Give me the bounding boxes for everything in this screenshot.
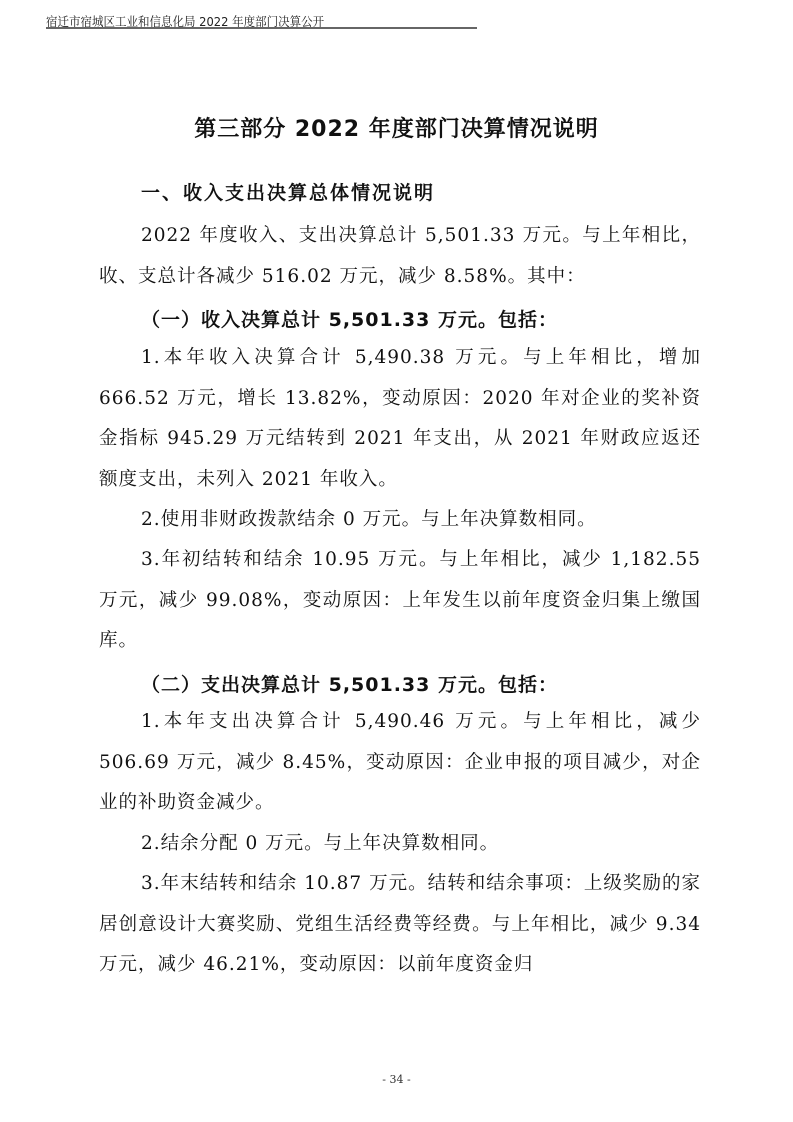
expense-item-3: 3.年末结转和结余 10.87 万元。结转和结余事项：上级奖励的家居创意设计大赛… — [99, 864, 701, 986]
income-item-1: 1.本年收入决算合计 5,490.38 万元。与上年相比，增加 666.52 万… — [99, 338, 701, 500]
page-number: - 34 - — [0, 1073, 793, 1086]
income-item-3: 3.年初结转和结余 10.95 万元。与上年相比，减少 1,182.55 万元，… — [99, 540, 701, 662]
income-subheading: （一）收入决算总计 5,501.33 万元。包括： — [141, 305, 558, 332]
expense-item-1: 1.本年支出决算合计 5,490.46 万元。与上年相比，减少 506.69 万… — [99, 702, 701, 824]
page-title: 第三部分 2022 年度部门决算情况说明 — [0, 112, 793, 143]
intro-paragraph: 2022 年度收入、支出决算总计 5,501.33 万元。与上年相比，收、支总计… — [99, 216, 701, 297]
header-divider — [46, 27, 477, 29]
expense-item-2: 2.结余分配 0 万元。与上年决算数相同。 — [99, 824, 701, 865]
expense-subheading: （二）支出决算总计 5,501.33 万元。包括： — [141, 670, 558, 697]
section-heading: 一、收入支出决算总体情况说明 — [141, 178, 435, 205]
income-item-2: 2.使用非财政拨款结余 0 万元。与上年决算数相同。 — [99, 500, 701, 541]
